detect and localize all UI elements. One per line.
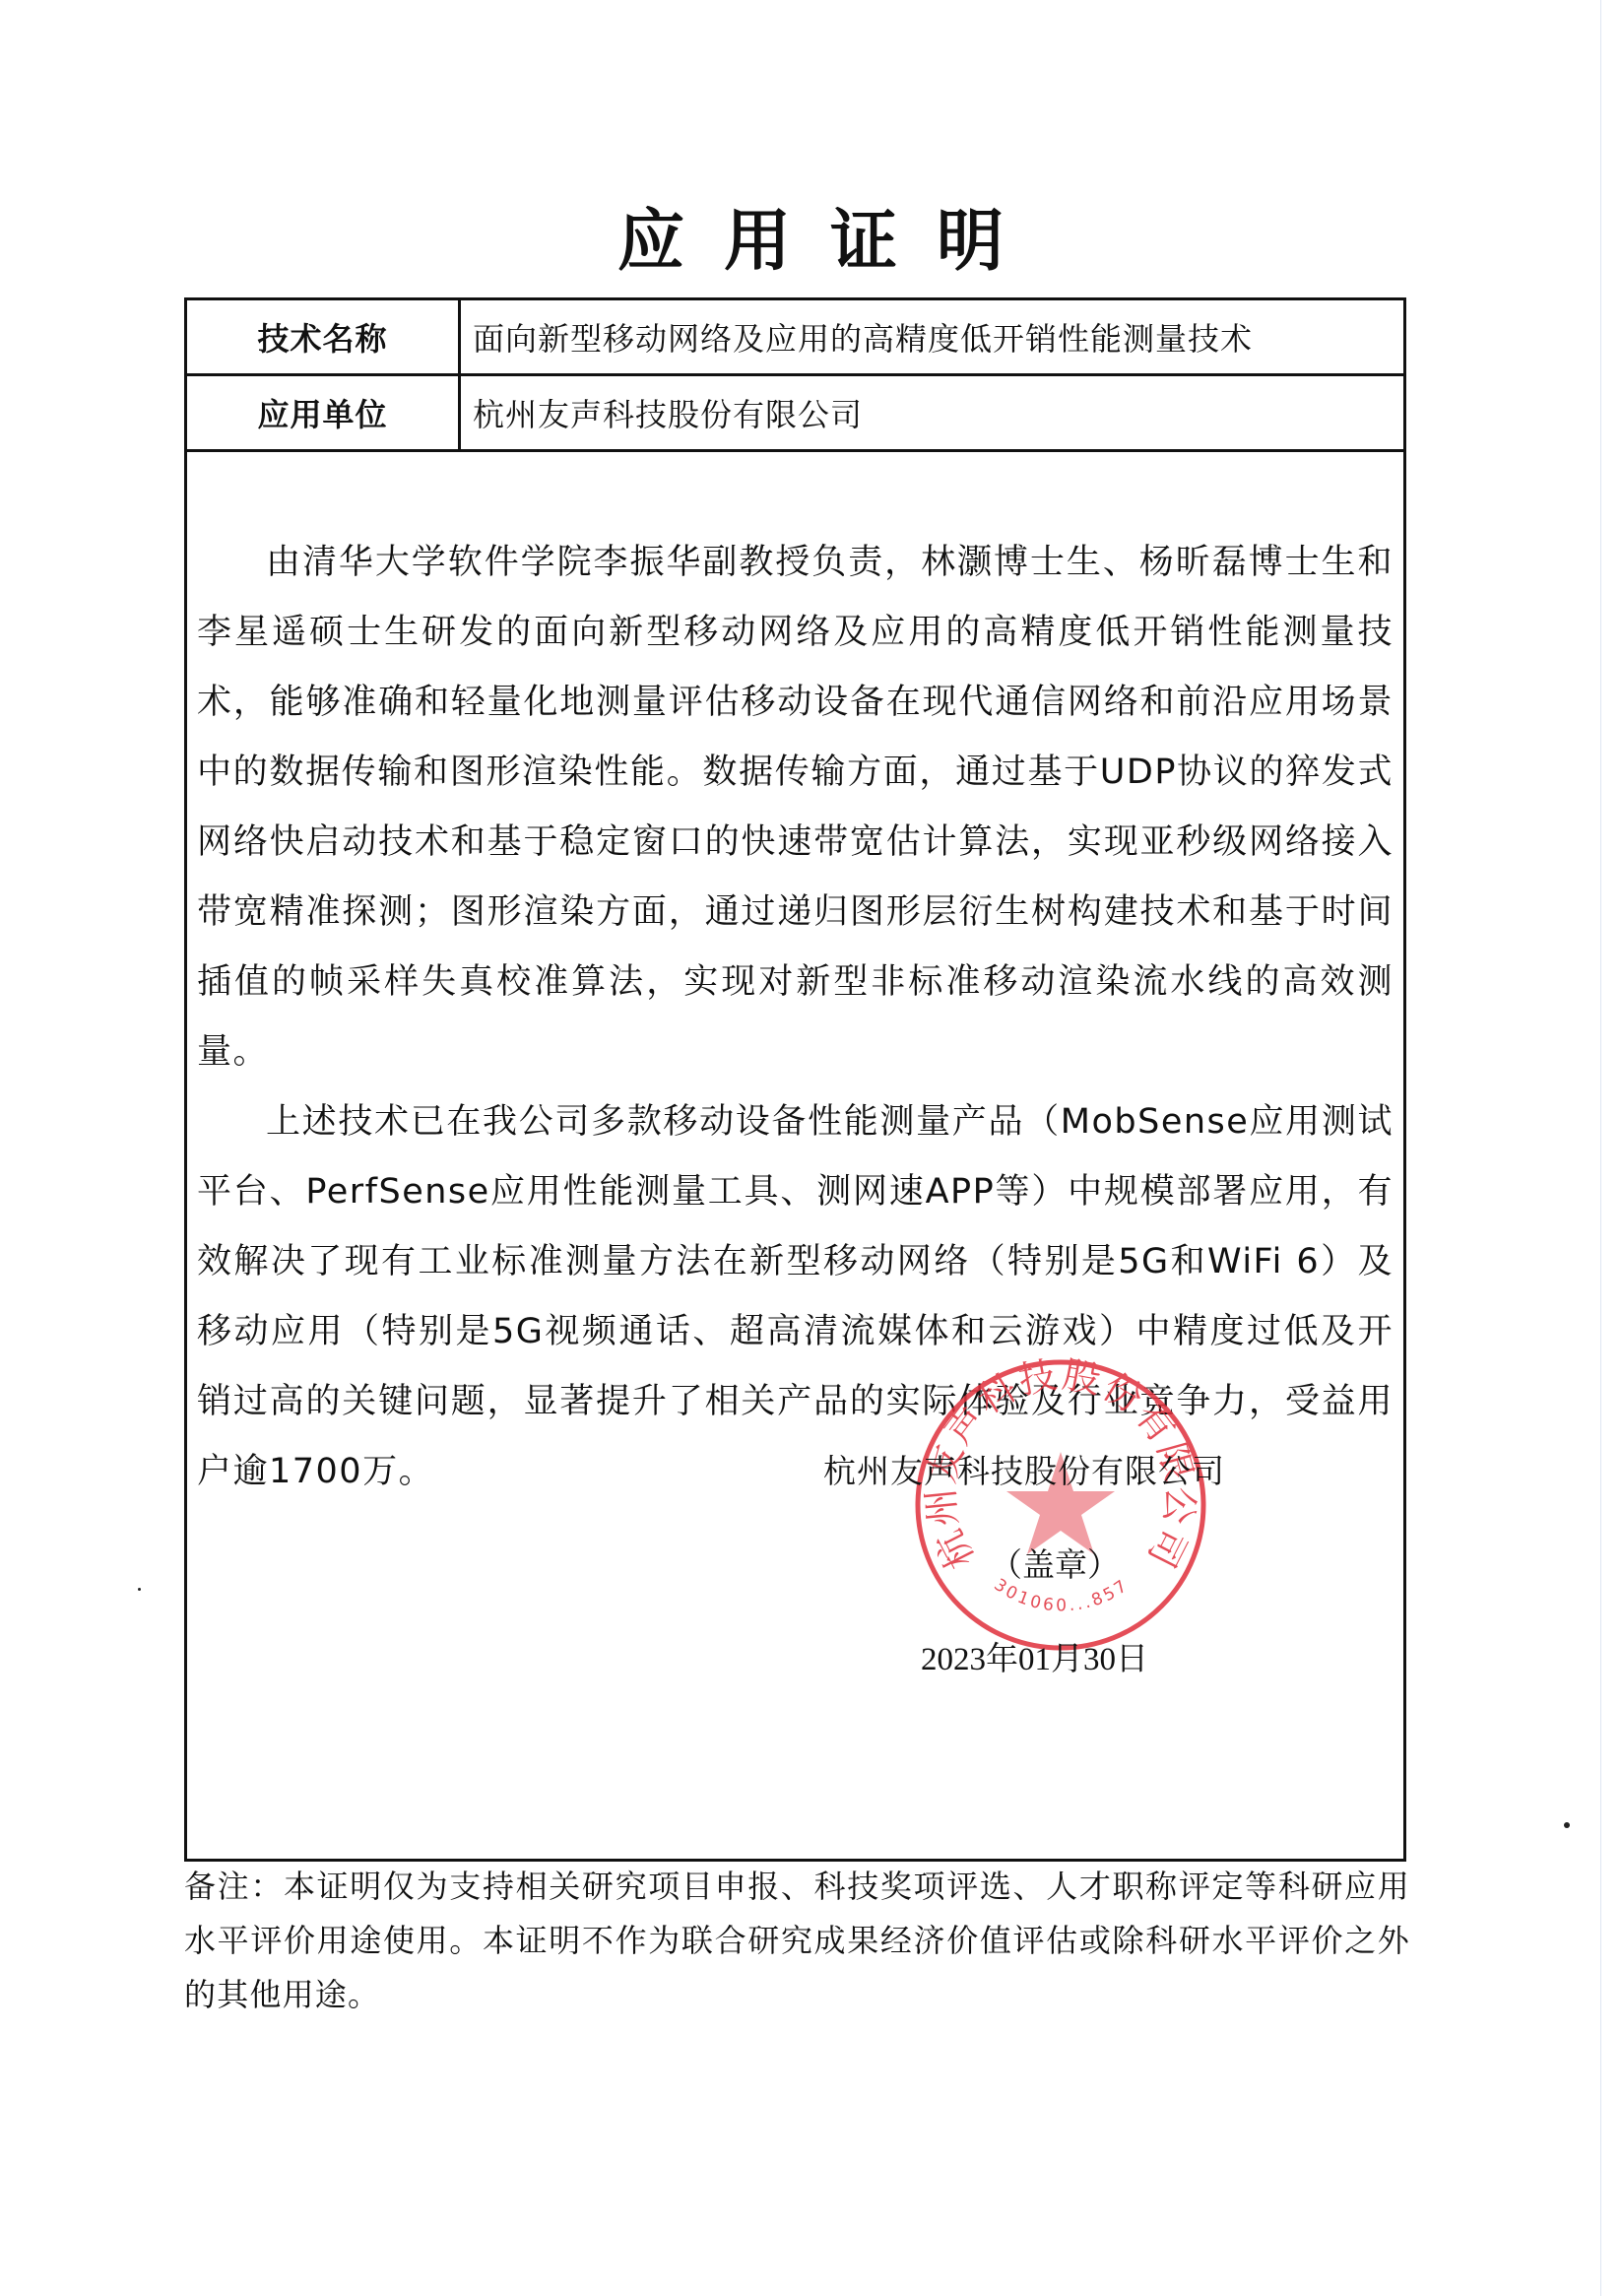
signature-date: 2023年01月30日 (921, 1633, 1148, 1679)
technology-name-label: 技术名称 (187, 300, 461, 373)
signature-company: 杭州友声科技股份有限公司 (823, 1446, 1225, 1492)
table-row-application-unit: 应用单位 杭州友声科技股份有限公司 (187, 376, 1403, 452)
footnote-text: 备注：本证明仅为支持相关研究项目申报、科技奖项评选、人才职称评定等科研应用水平评… (184, 1860, 1410, 2022)
seal-note: （盖章） (990, 1540, 1120, 1586)
application-unit-label: 应用单位 (187, 376, 461, 449)
scan-speck (1564, 1822, 1570, 1828)
certificate-body: 由清华大学软件学院李振华副教授负责，林灏博士生、杨昕磊博士生和李星遥硕士生研发的… (197, 528, 1394, 1507)
body-paragraph-2: 上述技术已在我公司多款移动设备性能测量产品（MobSense应用测试平台、Per… (197, 1087, 1394, 1507)
company-seal-stamp: 杭州友声科技股份有限公司 3301060...8573 (913, 1357, 1208, 1653)
body-paragraph-1: 由清华大学软件学院李振华副教授负责，林灏博士生、杨昕磊博士生和李星遥硕士生研发的… (197, 528, 1394, 1087)
technology-name-value: 面向新型移动网络及应用的高精度低开销性能测量技术 (461, 300, 1403, 373)
scan-edge-line (1600, 0, 1601, 2296)
footnote: 备注：本证明仅为支持相关研究项目申报、科技奖项评选、人才职称评定等科研应用水平评… (184, 1860, 1410, 2022)
document-title: 应用证明 (0, 197, 1621, 286)
scan-speck (138, 1588, 141, 1591)
application-unit-value: 杭州友声科技股份有限公司 (461, 376, 1403, 449)
table-row-technology-name: 技术名称 面向新型移动网络及应用的高精度低开销性能测量技术 (187, 300, 1403, 376)
